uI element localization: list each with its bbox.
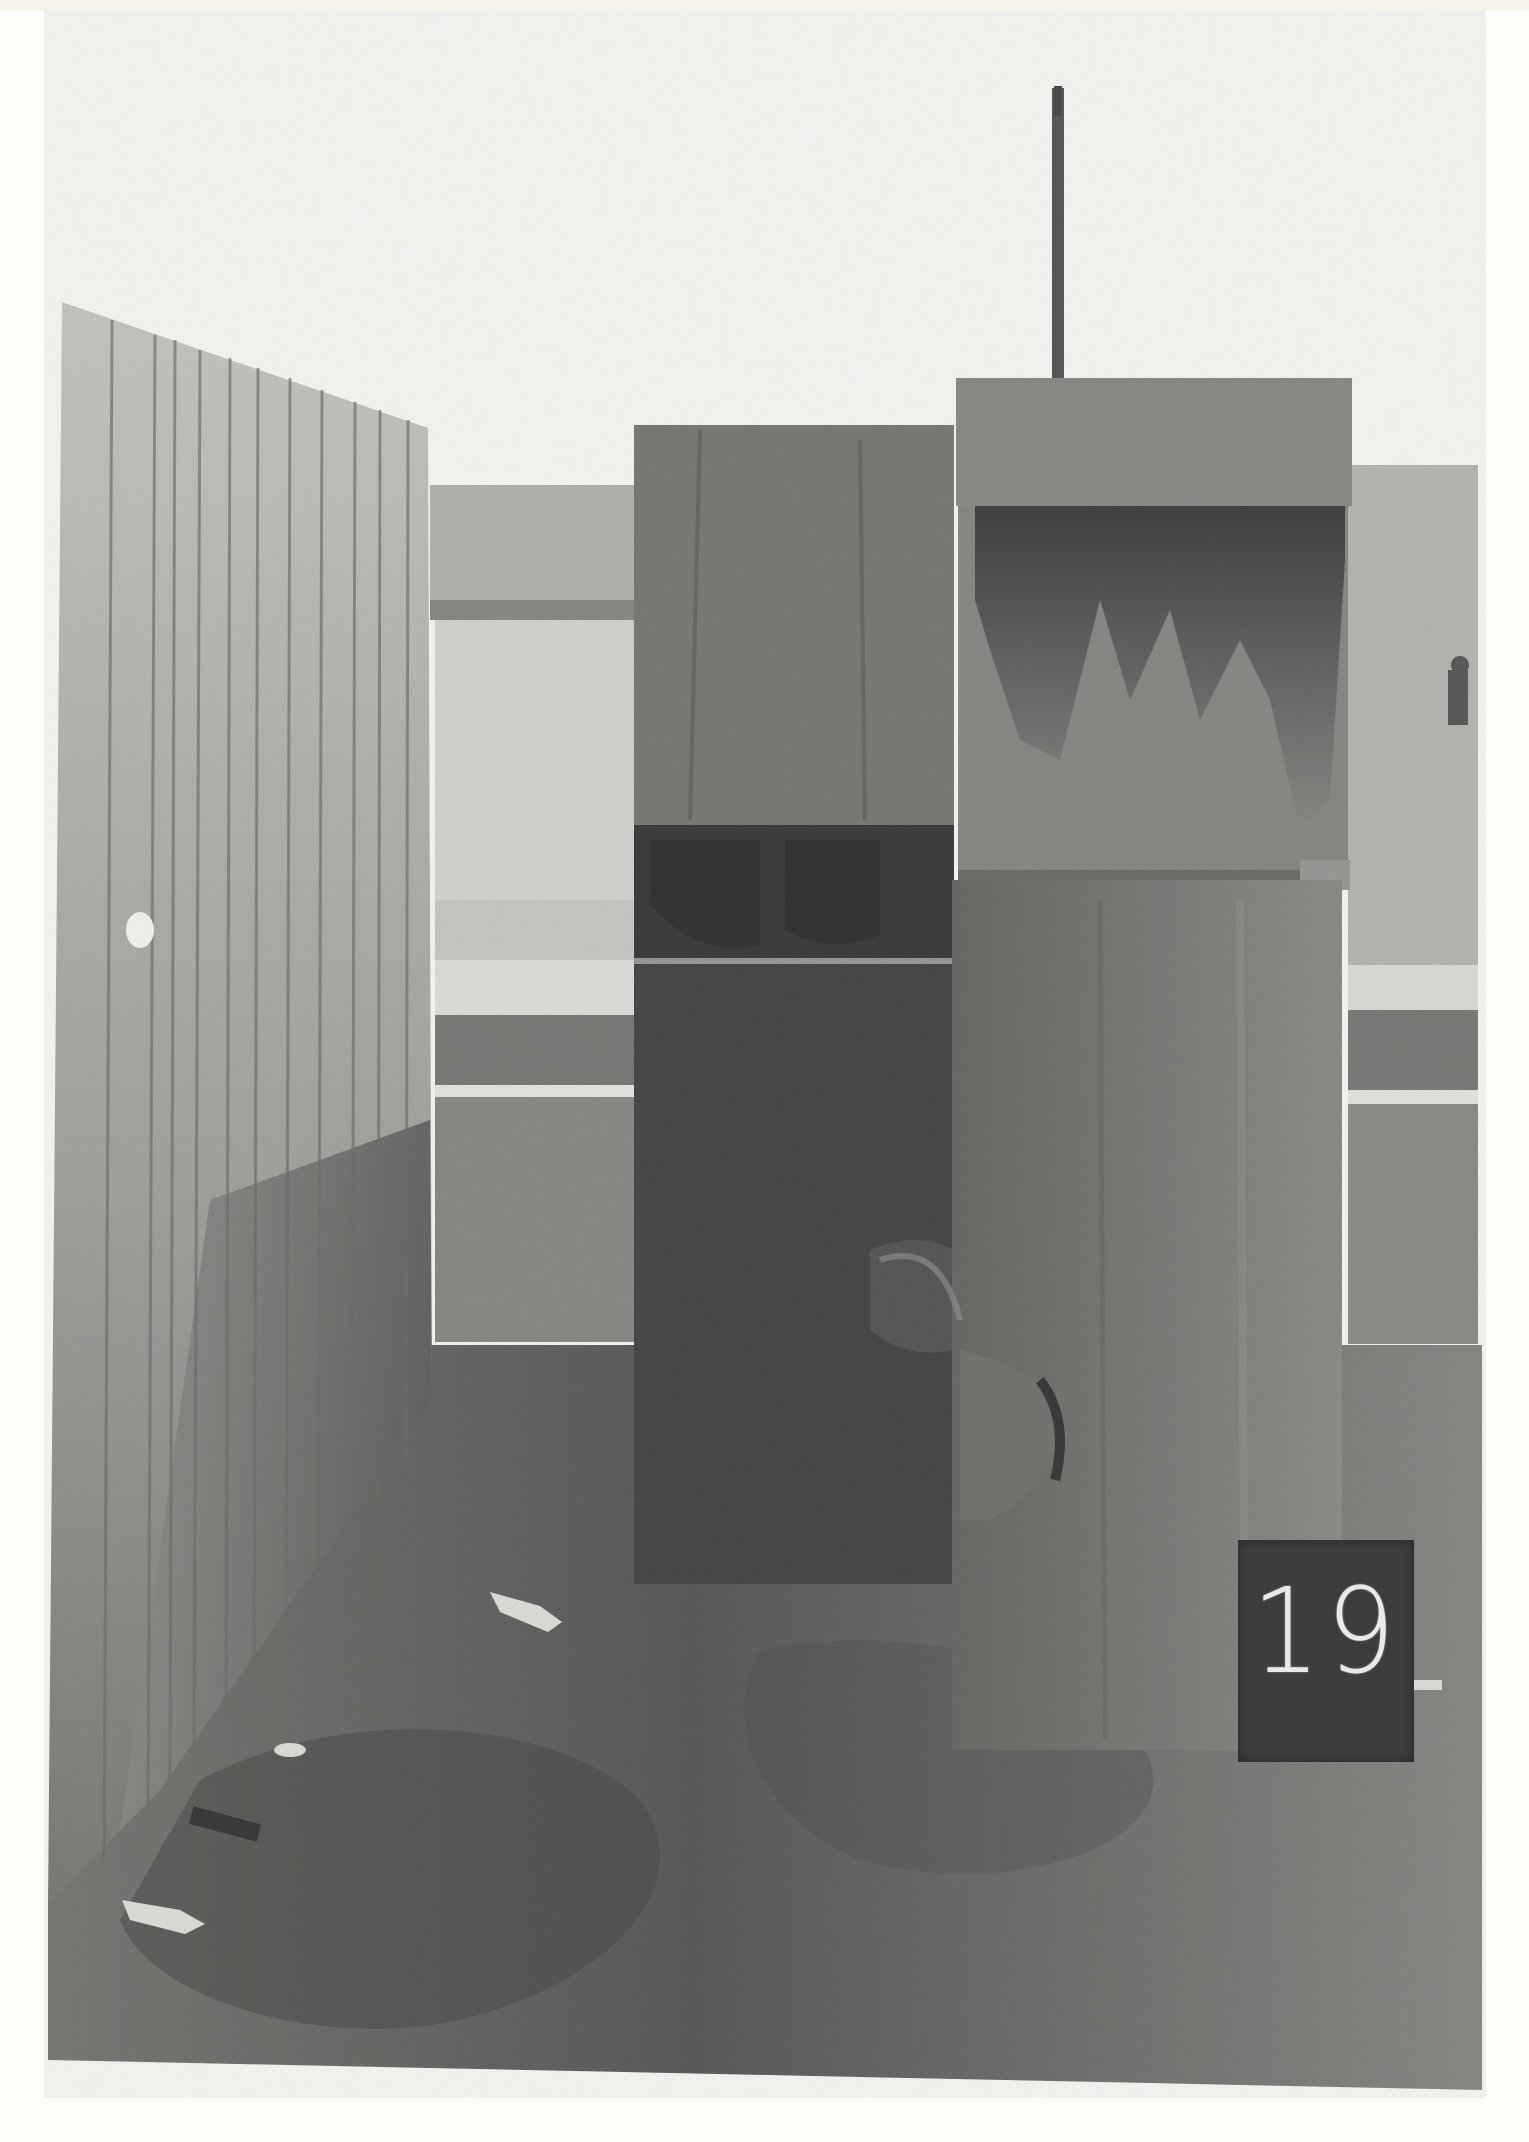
center-pillar: [634, 425, 955, 1584]
metal-rod: [1052, 88, 1064, 378]
plate-number: 19: [1251, 1572, 1400, 1690]
photo-print: 19: [0, 0, 1529, 2142]
photo-scene: [0, 0, 1529, 2142]
chalkboard-number-plate: 19: [1238, 1540, 1414, 1762]
